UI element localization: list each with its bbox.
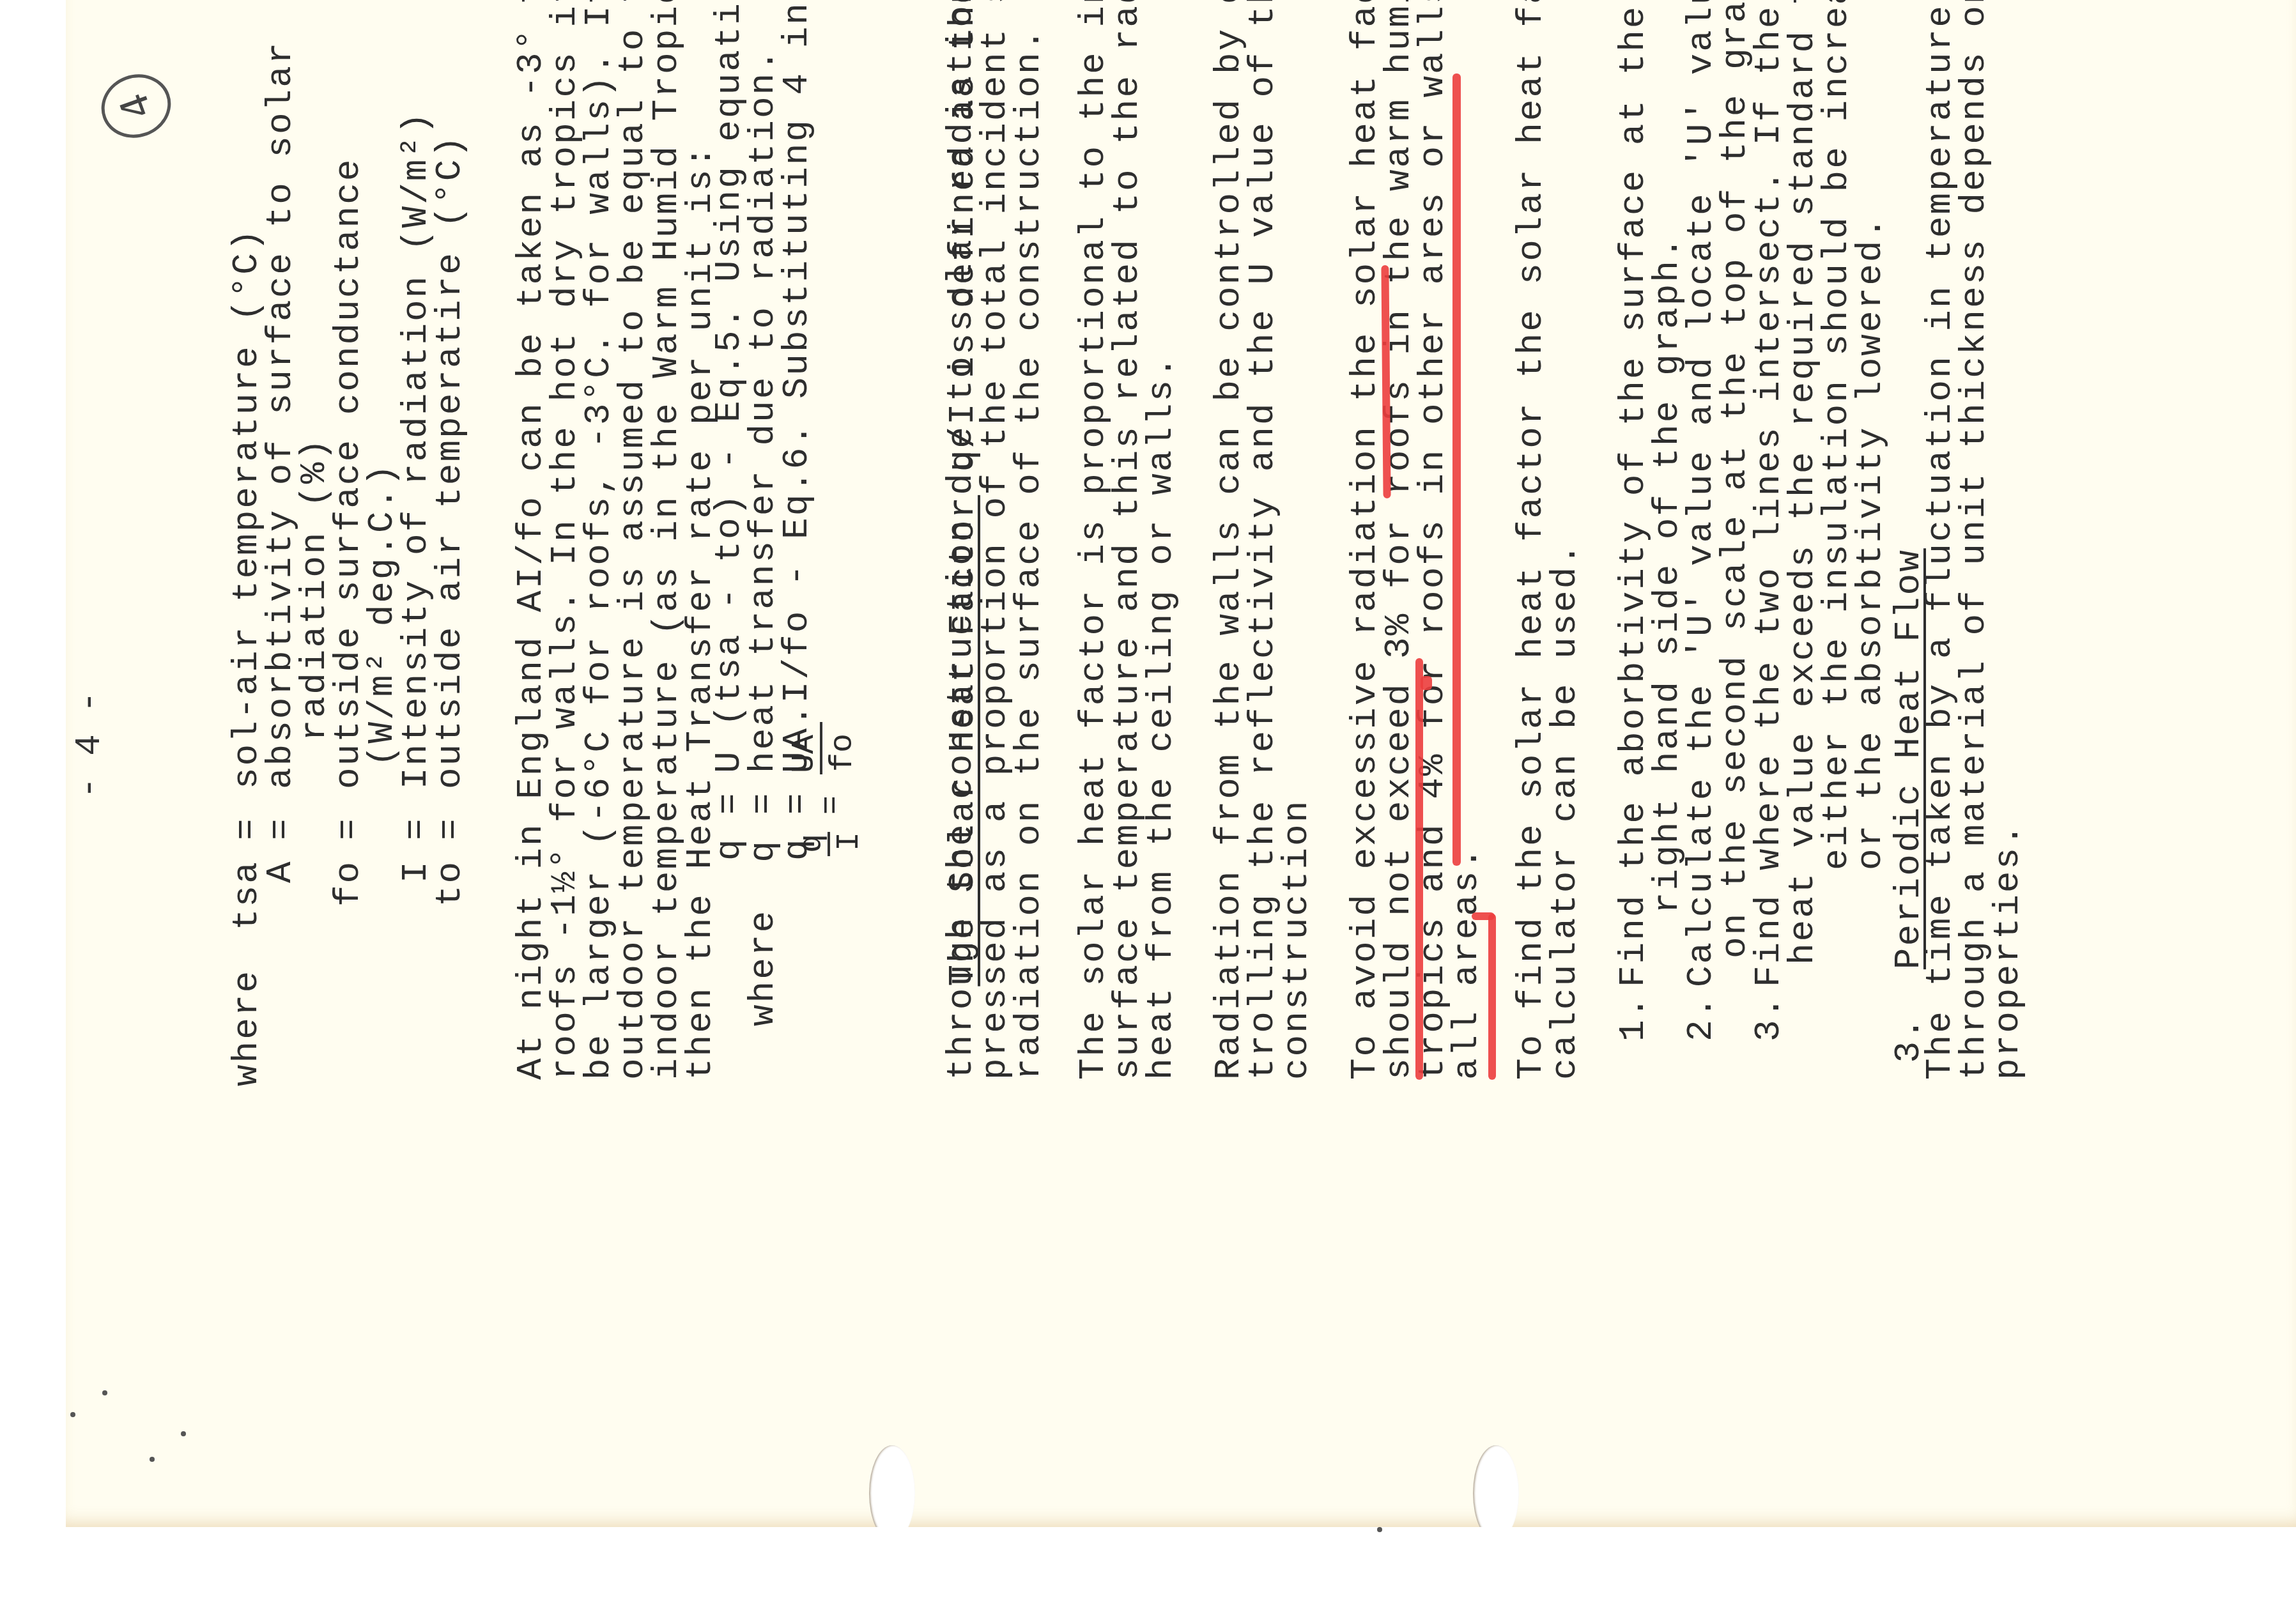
paragraph-line: be larger (-6°C for roofs, -3°C. for wal… bbox=[581, 0, 617, 1080]
equation-rhs: U (tsa - to) - Eq.5. Using equation 3. bbox=[711, 0, 747, 773]
paragraph-line: radiation on the surface of the construc… bbox=[1011, 27, 1047, 1080]
page-number-text: 4 bbox=[111, 87, 162, 125]
fraction-lhs-numerator: q bbox=[794, 834, 831, 853]
paragraph-line: roofs -1½° for walls. In the hot dry tro… bbox=[547, 0, 583, 1080]
red-underline-annotation bbox=[1488, 914, 1496, 1080]
fraction-bar bbox=[820, 722, 822, 774]
paragraph-line: heat from the ceiling or walls. bbox=[1143, 355, 1179, 1080]
step-number: 1. bbox=[1615, 995, 1651, 1041]
equation-equals: = bbox=[779, 791, 815, 815]
equation-equals: = bbox=[711, 791, 747, 815]
paragraph-line: At night in England AI/fo can be taken a… bbox=[513, 0, 549, 1080]
red-underline-annotation bbox=[1472, 912, 1495, 920]
paragraph-line: indoor temperature (as in the Warm Humid… bbox=[649, 0, 684, 1080]
equation-rhs: UA.I/fo - Eq.6. Substituting 4 in 5. bbox=[779, 0, 815, 773]
paragraph-line: outdoor temperature is assumed to be equ… bbox=[615, 0, 651, 1080]
definition-equals: = bbox=[398, 817, 434, 840]
paragraph-line: all areas. bbox=[1449, 846, 1484, 1080]
definition-equals: = bbox=[229, 817, 265, 840]
fraction-lhs-denominator: I bbox=[831, 832, 868, 851]
step-line: right hand side of the graph. bbox=[1649, 235, 1685, 914]
definition-symbol: tsa bbox=[229, 860, 265, 930]
step-number: 3. bbox=[1751, 995, 1787, 1041]
fraction-bar bbox=[828, 832, 830, 856]
paragraph-line: calculator can be used. bbox=[1547, 542, 1583, 1080]
paragraph-line: To find the solar heat factor the solar … bbox=[1513, 0, 1549, 1080]
paragraph-line: should not exceed 3% for roofs in the wa… bbox=[1381, 0, 1417, 1080]
paragraph-line: trolling the reflectivity and the U valu… bbox=[1245, 0, 1281, 1080]
equation-lhs: where q bbox=[745, 839, 781, 1026]
fraction-rhs-denominator: fo bbox=[825, 733, 861, 772]
step-line: heat value exceeds the required standard… bbox=[1785, 0, 1821, 965]
paragraph-line: To avoid excessive radiation the solar h… bbox=[1347, 0, 1383, 1080]
handwritten-page-number: 4 bbox=[93, 65, 180, 148]
equation-lhs: q bbox=[711, 837, 747, 861]
paragraph-line: Radiation from the walls can be controll… bbox=[1211, 0, 1247, 1080]
document-page: 4 - 4 - where tsa=sol-air temperature (°… bbox=[66, 0, 2296, 1527]
paragraph-line: The time taken by a fluctuation in tempe… bbox=[1922, 0, 1958, 1080]
paragraph-line: properties. bbox=[1990, 822, 2026, 1080]
paragraph-line: through the construction due to solar ra… bbox=[943, 0, 979, 1080]
red-underline-annotation bbox=[1421, 676, 1432, 690]
definition-text: outside air temperatire (°C) bbox=[432, 134, 468, 789]
definition-symbol: I bbox=[398, 859, 434, 883]
definition-text: absorbtivity of surface to solar bbox=[263, 41, 298, 789]
definition-equals: = bbox=[330, 817, 366, 840]
speck bbox=[1377, 1527, 1382, 1532]
fraction-rhs-numerator: UA bbox=[787, 735, 823, 773]
definition-symbol: A bbox=[263, 859, 298, 883]
definition-symbol: fo bbox=[330, 860, 366, 907]
step-line: Find the aborbtivity of the surface at t… bbox=[1615, 5, 1651, 987]
definition-equals: = bbox=[432, 817, 468, 840]
equation-equals: = bbox=[745, 791, 781, 815]
red-underline-annotation bbox=[1452, 73, 1461, 866]
step-line: Calculate the 'U' value and locate 'U' v… bbox=[1683, 0, 1719, 987]
paragraph-line: through a material of unit thickness dep… bbox=[1956, 0, 1992, 1080]
step-line: either the insulation should be increase… bbox=[1819, 0, 1854, 987]
paragraph-line: construction bbox=[1279, 799, 1314, 1080]
red-underline-annotation bbox=[1415, 658, 1423, 1080]
definition-equals: = bbox=[263, 817, 298, 840]
definition-text: radiation (%) bbox=[297, 437, 332, 741]
page-header: - 4 - bbox=[69, 691, 110, 799]
step-line: Find where the two lines intersect. If t… bbox=[1751, 0, 1787, 987]
definition-text: outside surface conductance bbox=[330, 158, 366, 789]
definition-text: Intensity of radiation (W/m²) bbox=[398, 111, 434, 789]
definition-text: (W/m² deg.C.) bbox=[364, 463, 400, 767]
fraction-equals: = bbox=[813, 795, 850, 815]
definition-symbol: to bbox=[432, 860, 468, 907]
definition-text: sol-air temperature (°C) bbox=[229, 227, 265, 789]
paragraph-line: pressed as a proportion of the total inc… bbox=[977, 0, 1013, 1080]
step-line: on the second scale at the top of the gr… bbox=[1717, 0, 1753, 958]
paragraph-line: surface temperature and this related to … bbox=[1109, 0, 1145, 1080]
equation-rhs: heat transfer due to radiation. bbox=[745, 48, 781, 773]
paragraph-line: The solar heat factor is proportional to… bbox=[1075, 0, 1111, 1080]
step-number: 2. bbox=[1683, 995, 1719, 1041]
definitions-intro: where bbox=[229, 969, 265, 1086]
